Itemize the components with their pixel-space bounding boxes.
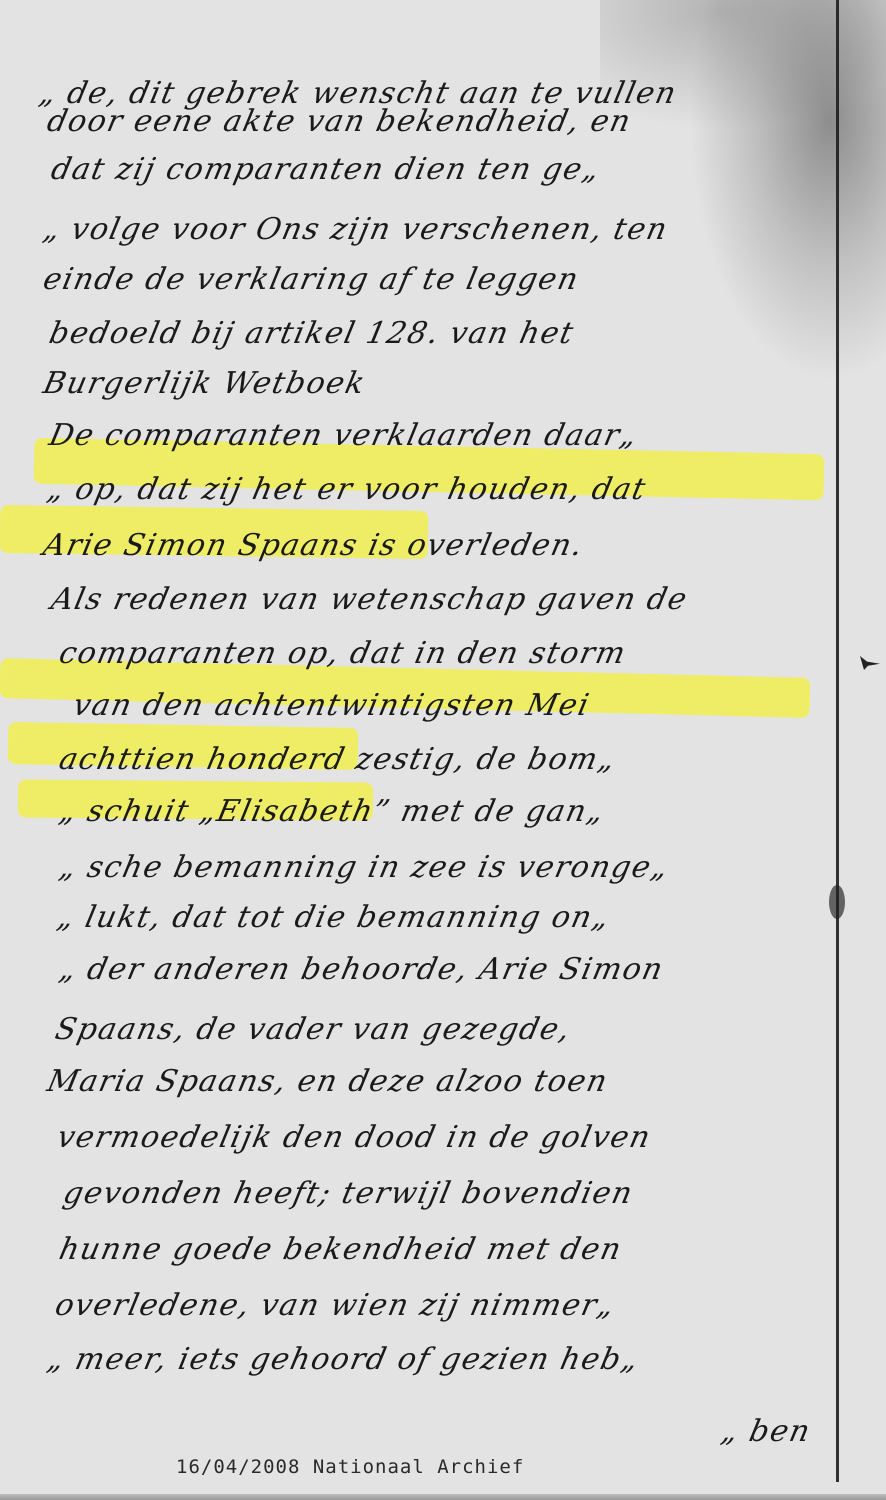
handwritten-line: bedoeld bij artikel 128. van het bbox=[46, 316, 577, 351]
handwritten-line: overledene, van wien zij nimmer„ bbox=[52, 1288, 618, 1323]
handwritten-line: dat zij comparanten dien ten ge„ bbox=[48, 152, 604, 187]
handwritten-line-highlighted: van den achtentwintigsten Mei bbox=[70, 688, 593, 723]
handwritten-line: „ meer, iets gehoord of gezien heb„ bbox=[44, 1342, 642, 1377]
handwritten-line: „ volge voor Ons zijn verschenen, ten bbox=[40, 212, 671, 247]
ink-blot bbox=[829, 885, 845, 919]
handwritten-line: door eene akte van bekendheid, en bbox=[44, 104, 635, 139]
archive-stamp: 16/04/2008 Nationaal Archief bbox=[176, 1456, 524, 1478]
margin-rule-line bbox=[836, 0, 839, 1482]
handwritten-line: De comparanten verklaarden daar„ bbox=[46, 418, 641, 453]
handwritten-line: vermoedelijk den dood in de golven bbox=[54, 1120, 655, 1155]
handwritten-line: Spaans, de vader van gezegde, bbox=[52, 1012, 574, 1047]
scanned-page: „ de, dit gebrek wenscht aan te vullendo… bbox=[0, 0, 886, 1494]
scan-bottom-edge bbox=[0, 1494, 886, 1500]
handwritten-line: Maria Spaans, en deze alzoo toen bbox=[44, 1064, 612, 1099]
handwritten-line: „ der anderen behoorde, Arie Simon bbox=[56, 952, 667, 987]
handwritten-line-highlighted: Arie Simon Spaans is overleden. bbox=[40, 528, 587, 563]
handwritten-line-highlighted: achttien honderd zestig, de bom„ bbox=[56, 742, 619, 777]
handwritten-line: Als redenen van wetenschap gaven de bbox=[48, 582, 691, 617]
handwritten-line: „ sche bemanning in zee is veronge„ bbox=[56, 850, 672, 885]
handwritten-line-highlighted: „ schuit „Elisabeth” met de gan„ bbox=[56, 794, 608, 829]
handwritten-line: „ lukt, dat tot die bemanning on„ bbox=[54, 900, 613, 935]
margin-ink-mark bbox=[860, 656, 880, 670]
handwritten-line: hunne goede bekendheid met den bbox=[56, 1232, 625, 1267]
handwritten-line: gevonden heeft; terwijl bovendien bbox=[60, 1176, 637, 1211]
handwritten-line: einde de verklaring af te leggen bbox=[40, 262, 583, 297]
handwritten-line-highlighted: „ op, dat zij het er voor houden, dat bbox=[44, 472, 650, 507]
handwritten-line: comparanten op, dat in den storm bbox=[56, 636, 630, 671]
handwritten-line: Burgerlijk Wetboek bbox=[40, 366, 369, 401]
handwritten-line: „ ben bbox=[718, 1414, 814, 1449]
